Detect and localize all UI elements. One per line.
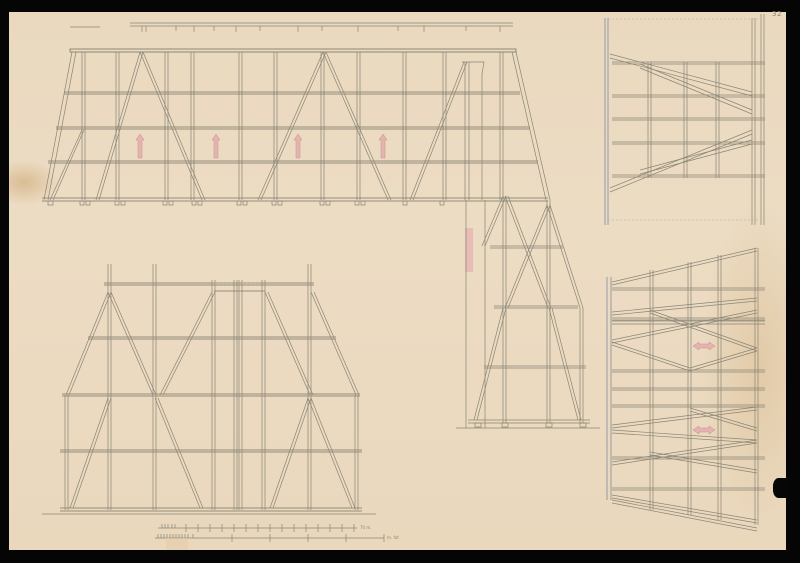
center-section [456, 196, 600, 428]
scale-label-lower: m. fot [387, 535, 399, 540]
scan-background: 32 [0, 0, 800, 563]
scale-label-upper: 70 m. [360, 525, 372, 530]
bottom-right-section [607, 248, 765, 531]
scale-bar [155, 524, 384, 550]
top-right-section [605, 14, 765, 225]
top-elevation [42, 23, 550, 205]
plan-strip [70, 23, 513, 32]
bottom-left-elevation [42, 264, 376, 514]
scaffold-drawing [0, 0, 800, 563]
up-arrow-icons [136, 134, 387, 158]
